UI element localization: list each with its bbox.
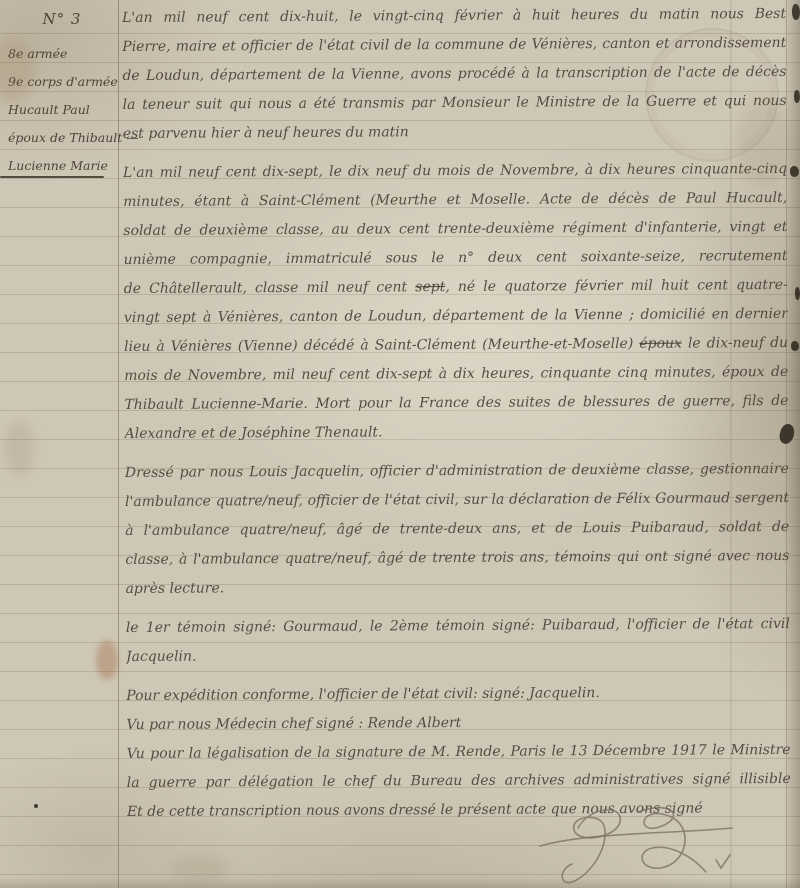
binding-shadow-bottom — [0, 878, 800, 888]
struck-word: sept — [415, 279, 445, 295]
signature-underline-stroke — [540, 828, 732, 846]
rust-stain — [96, 640, 118, 680]
margin-closing-line — [0, 176, 104, 178]
manuscript-line: de Loudun, département de la Vienne, avo… — [122, 58, 786, 91]
manuscript-line: la guerre par délégation le chef du Bure… — [127, 765, 791, 798]
signature-flourish — [520, 802, 750, 888]
manuscript-line: de Châtellerault, classe mil neuf cent s… — [124, 271, 788, 304]
register-page-photo: N° 3 8e armée 9e corps d'armée Hucault P… — [0, 0, 800, 888]
manuscript-line: Vu par nous Médecin chef signé : Rende A… — [126, 707, 790, 740]
manuscript-line: le 1er témoin signé: Gourmaud, le 2ème t… — [126, 610, 790, 643]
manuscript-line: Jacquelin. — [126, 639, 790, 672]
manuscript-line: vingt sept à Vénières, canton de Loudun,… — [124, 300, 788, 333]
manuscript-line: soldat de deuxième classe, au deux cent … — [123, 213, 787, 246]
manuscript-line: Pierre, maire et officier de l'état civi… — [122, 29, 786, 62]
manuscript-line: minutes, étant à Saint-Clément (Meurthe … — [123, 184, 787, 217]
manuscript-line: L'an mil neuf cent dix-sept, le dix neuf… — [123, 155, 787, 188]
paper-stain — [736, 96, 790, 186]
struck-word: époux — [639, 336, 682, 352]
binding-shadow-right — [784, 0, 800, 888]
signature-tick — [716, 855, 730, 868]
manuscript-line: Thibault Lucienne-Marie. Mort pour la Fr… — [124, 387, 788, 420]
manuscript-line: est parvenu hier à neuf heures du matin — [123, 116, 787, 149]
manuscript-line: à l'ambulance quatre/neuf, âgé de trente… — [125, 513, 789, 546]
ink-dot — [34, 804, 38, 808]
act-number: N° 3 — [8, 10, 116, 28]
manuscript-line: mois de Novembre, mil neuf cent dix-sept… — [124, 358, 788, 391]
margin-item-spouse-1: époux de Thibault — — [8, 124, 116, 152]
signature-loop-left — [562, 810, 620, 883]
manuscript-lines: L'an mil neuf cent dix-huit, le vingt-ci… — [122, 0, 791, 827]
manuscript-line: la teneur suit qui nous a été transmis p… — [123, 87, 787, 120]
margin-item-deceased-name: Hucault Paul — [8, 96, 116, 124]
manuscript-line: après lecture. — [125, 571, 789, 604]
manuscript-line: lieu à Vénières (Vienne) décédé à Saint-… — [124, 329, 788, 362]
manuscript-line: Pour expédition conforme, l'officier de … — [126, 678, 790, 711]
manuscript-line: Alexandre et de Joséphine Thenault. — [125, 416, 789, 449]
manuscript-line: unième compagnie, immatriculé sous le n°… — [123, 242, 787, 275]
manuscript-line: l'ambulance quatre/neuf, officier de l'é… — [125, 484, 789, 517]
manuscript-line: Dressé par nous Louis Jacquelin, officie… — [125, 455, 789, 488]
signature-loop-right — [638, 808, 706, 872]
manuscript-line: L'an mil neuf cent dix-huit, le vingt-ci… — [122, 0, 786, 33]
manuscript-line: Vu pour la légalisation de la signature … — [126, 736, 790, 769]
paper-stain — [4, 420, 34, 476]
manuscript-line: classe, à l'ambulance quatre/neuf, âgé d… — [125, 542, 789, 575]
